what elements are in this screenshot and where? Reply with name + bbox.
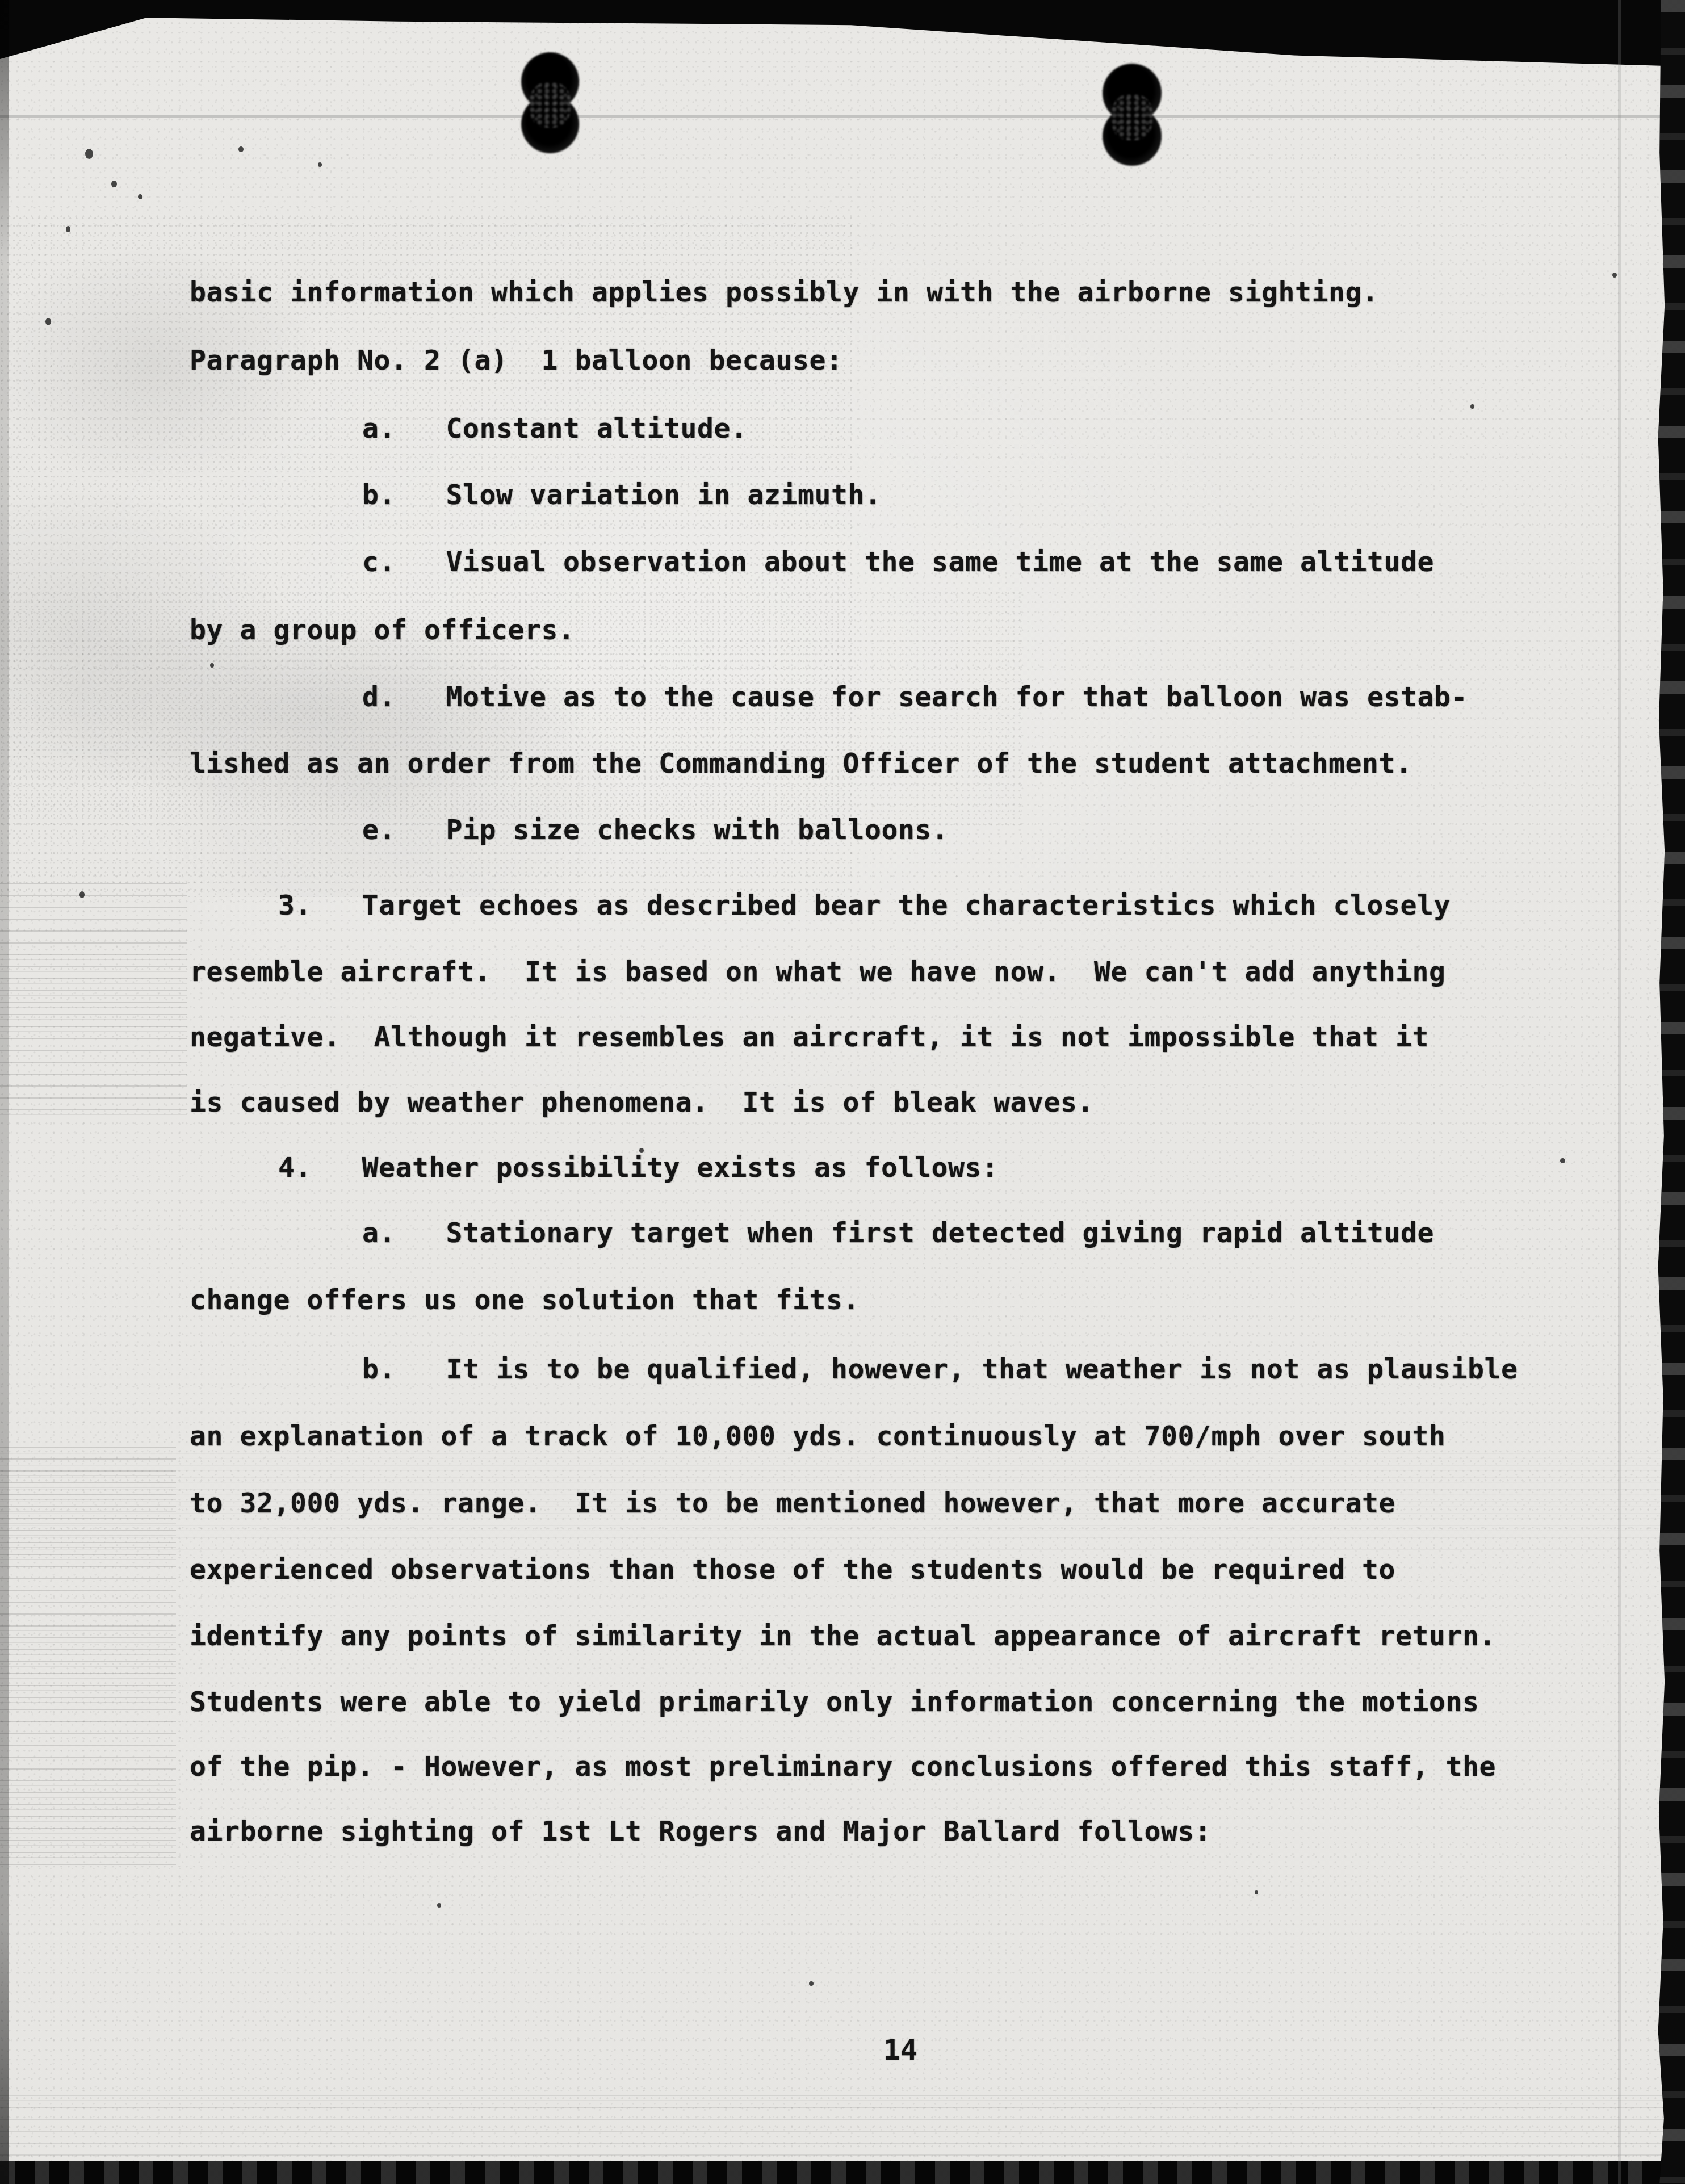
- text-line: by a group of officers.: [190, 617, 575, 644]
- text-line: c. Visual observation about the same tim…: [362, 548, 1434, 576]
- text-line: d. Motive as to the cause for search for…: [362, 684, 1468, 711]
- text-line: is caused by weather phenomena. It is of…: [190, 1089, 1094, 1116]
- page-number: 14: [883, 2034, 917, 2066]
- text-line: a. Stationary target when first detected…: [362, 1219, 1434, 1247]
- text-line: identify any points of similarity in the…: [190, 1623, 1496, 1650]
- text-line: of the pip. - However, as most prelimina…: [190, 1753, 1496, 1780]
- text-line: experienced observations than those of t…: [190, 1556, 1395, 1583]
- text-line: lished as an order from the Commanding O…: [190, 750, 1412, 777]
- text-line: to 32,000 yds. range. It is to be mentio…: [190, 1490, 1395, 1517]
- text-line: negative. Although it resembles an aircr…: [190, 1024, 1429, 1051]
- text-line: e. Pip size checks with balloons.: [362, 816, 948, 844]
- text-line: Students were able to yield primarily on…: [190, 1688, 1479, 1716]
- text-line: resemble aircraft. It is based on what w…: [190, 958, 1445, 986]
- text-line: a. Constant altitude.: [362, 415, 747, 442]
- text-line: airborne sighting of 1st Lt Rogers and M…: [190, 1818, 1211, 1845]
- document-text: basic information which applies possibly…: [0, 0, 1685, 2184]
- scanned-document-page: basic information which applies possibly…: [0, 0, 1685, 2184]
- text-line: basic information which applies possibly…: [190, 279, 1378, 306]
- text-line: 4. Weather possibility exists as follows…: [278, 1154, 998, 1181]
- text-line: change offers us one solution that fits.: [190, 1286, 860, 1314]
- text-line: Paragraph No. 2 (a) 1 balloon because:: [190, 347, 842, 374]
- text-line: b. It is to be qualified, however, that …: [362, 1356, 1518, 1383]
- text-line: b. Slow variation in azimuth.: [362, 481, 881, 509]
- text-line: 3. Target echoes as described bear the c…: [278, 892, 1451, 919]
- text-line: an explanation of a track of 10,000 yds.…: [190, 1423, 1445, 1450]
